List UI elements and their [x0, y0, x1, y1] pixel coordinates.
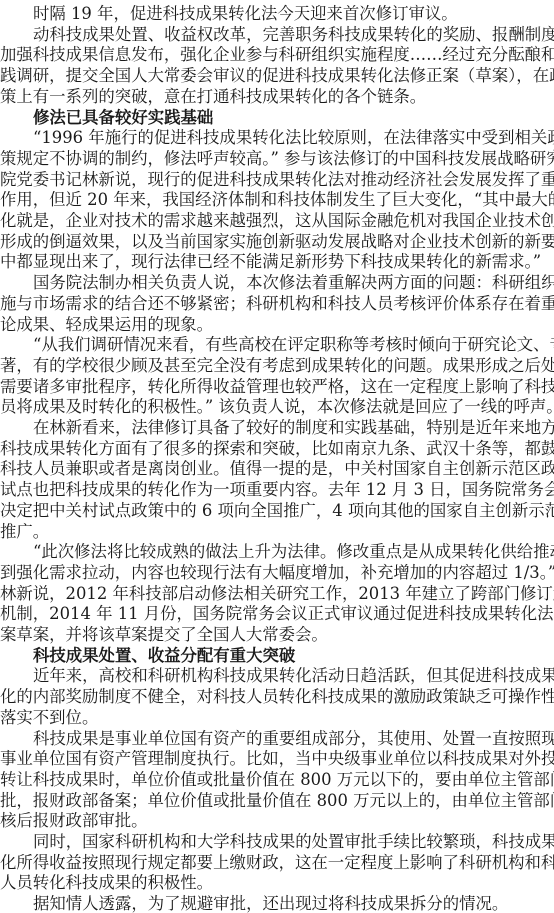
document-page: 时隔 19 年，促进科技成果转化法今天迎来首次修订审议。 动科技成果处置、收益权…	[0, 0, 554, 913]
text-line: 据知情人透露，为了规避审批，还出现过将科技成果拆分的情况。	[33, 892, 551, 913]
